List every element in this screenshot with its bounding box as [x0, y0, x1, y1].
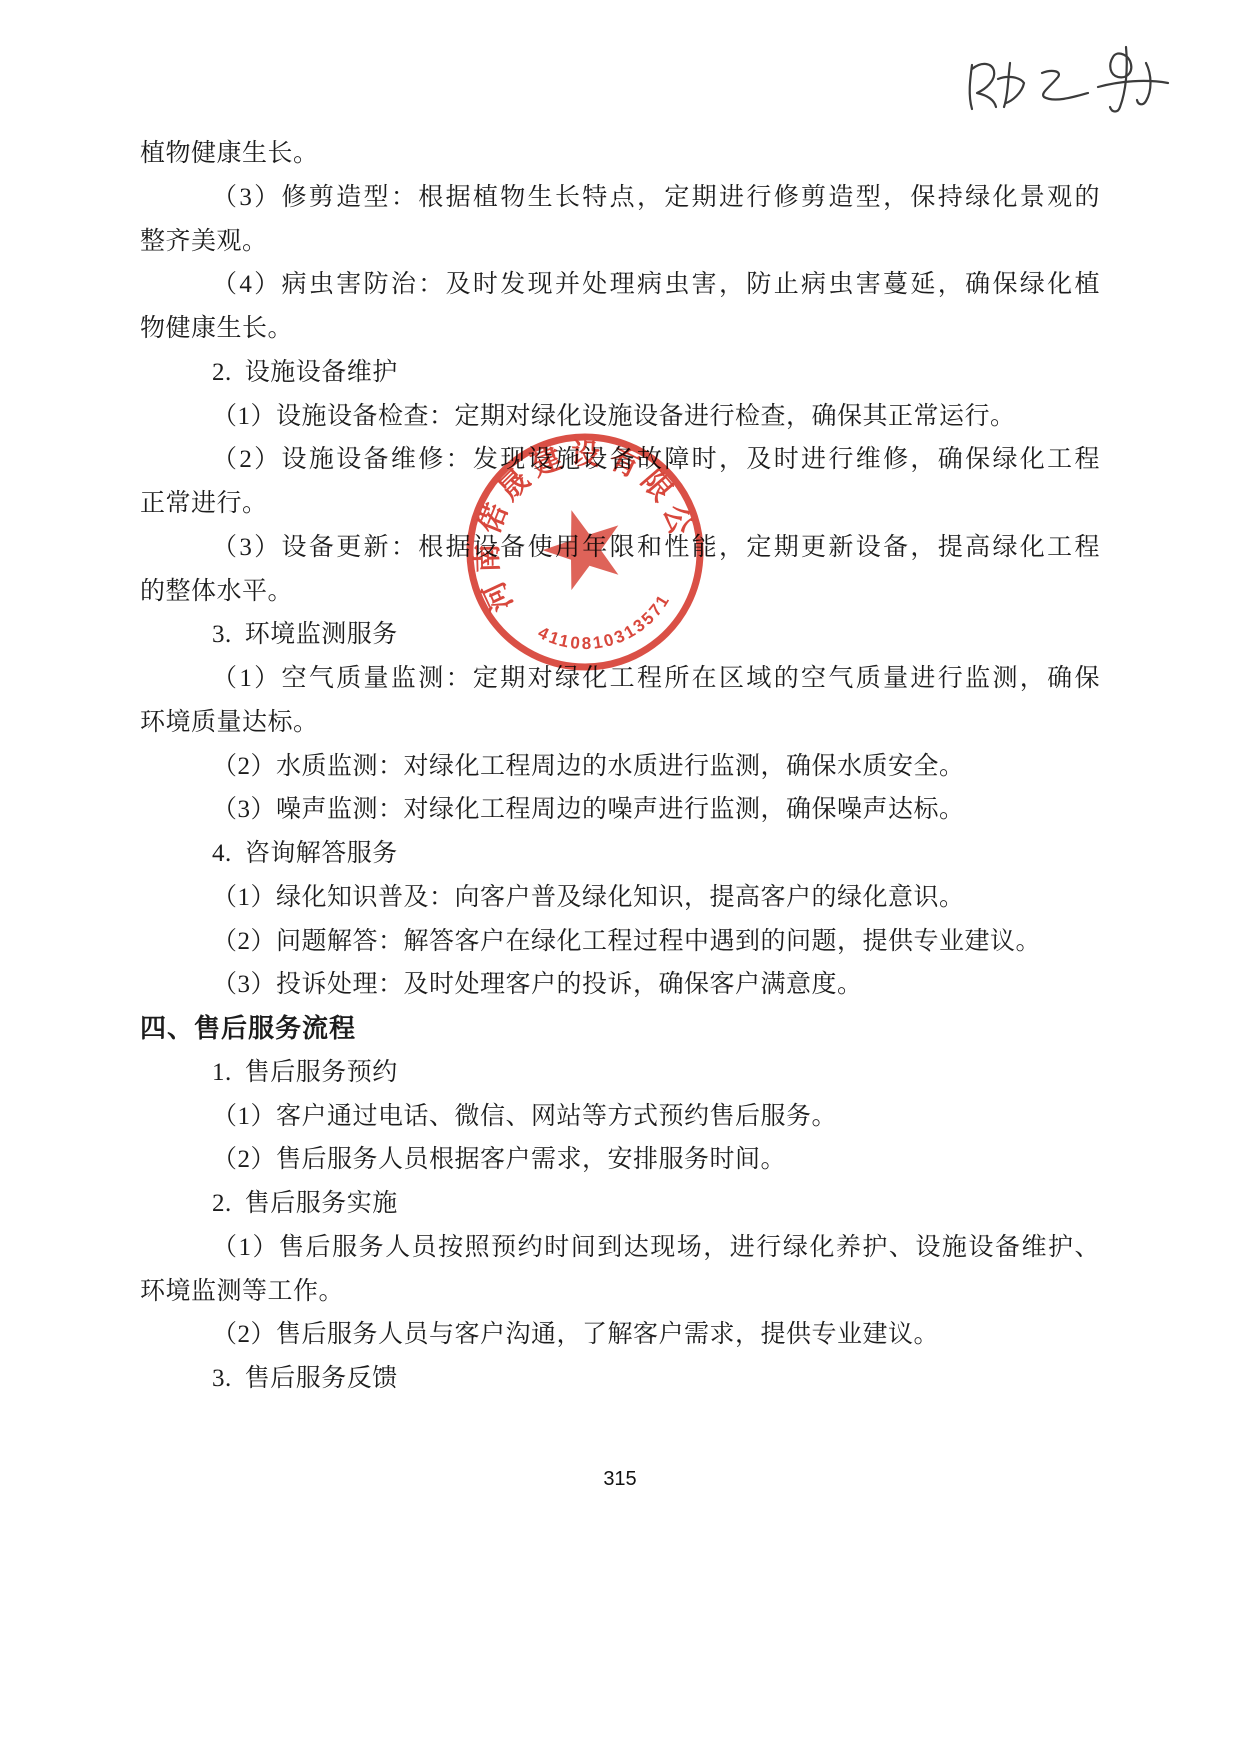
signature-stroke — [970, 65, 972, 109]
company-seal: 河南偌晟建设有限公司 4110810313571 — [435, 402, 735, 702]
text-line: （1）售后服务人员按照预约时间到达现场，进行绿化养护、设施设备维护、 — [140, 1226, 1100, 1270]
document-lines: 植物健康生长。（3）修剪造型：根据植物生长特点，定期进行修剪造型，保持绿化景观的… — [140, 132, 1100, 1401]
text-line: 整齐美观。 — [140, 220, 1100, 264]
text-line: 2. 售后服务实施 — [140, 1182, 1100, 1226]
text-line: 1. 售后服务预约 — [140, 1051, 1100, 1095]
text-line: （2）售后服务人员与客户沟通，了解客户需求，提供专业建议。 — [140, 1313, 1100, 1357]
text-line: （3）投诉处理：及时处理客户的投诉，确保客户满意度。 — [140, 963, 1100, 1007]
signature-stroke — [998, 63, 1024, 107]
text-line: （2）水质监测：对绿化工程周边的水质进行监测，确保水质安全。 — [140, 745, 1100, 789]
text-line: （4）病虫害防治：及时发现并处理病虫害，防止病虫害蔓延，确保绿化植 — [140, 263, 1100, 307]
signature-stroke — [972, 64, 996, 107]
text-line: 环境监测等工作。 — [140, 1270, 1100, 1314]
signature-stroke — [1098, 81, 1168, 87]
text-line: （2）问题解答：解答客户在绿化工程过程中遇到的问题，提供专业建议。 — [140, 920, 1100, 964]
section-heading: 四、售后服务流程 — [140, 1007, 1100, 1051]
signature-stroke — [1137, 63, 1151, 104]
text-line: （3）修剪造型：根据植物生长特点，定期进行修剪造型，保持绿化景观的 — [140, 176, 1100, 220]
text-line: （3）噪声监测：对绿化工程周边的噪声进行监测，确保噪声达标。 — [140, 788, 1100, 832]
document-page: 植物健康生长。（3）修剪造型：根据植物生长特点，定期进行修剪造型，保持绿化景观的… — [0, 0, 1240, 1753]
text-line: （1）客户通过电话、微信、网站等方式预约售后服务。 — [140, 1095, 1100, 1139]
text-line: （1）绿化知识普及：向客户普及绿化知识，提高客户的绿化意识。 — [140, 876, 1100, 920]
text-line: （2）售后服务人员根据客户需求，安排服务时间。 — [140, 1138, 1100, 1182]
seal-number: 4110810313571 — [531, 582, 683, 671]
signature-stroke — [1042, 71, 1088, 100]
text-line: 物健康生长。 — [140, 307, 1100, 351]
text-line: 环境质量达标。 — [140, 701, 1100, 745]
page-number: 315 — [0, 1468, 1240, 1491]
handwritten-signature — [950, 35, 1180, 130]
star-icon — [533, 498, 632, 595]
text-line: 4. 咨询解答服务 — [140, 832, 1100, 876]
signature-stroke — [1110, 54, 1131, 78]
text-line: 2. 设施设备维护 — [140, 351, 1100, 395]
text-line: 植物健康生长。 — [140, 132, 1100, 176]
text-line: 3. 售后服务反馈 — [140, 1357, 1100, 1401]
